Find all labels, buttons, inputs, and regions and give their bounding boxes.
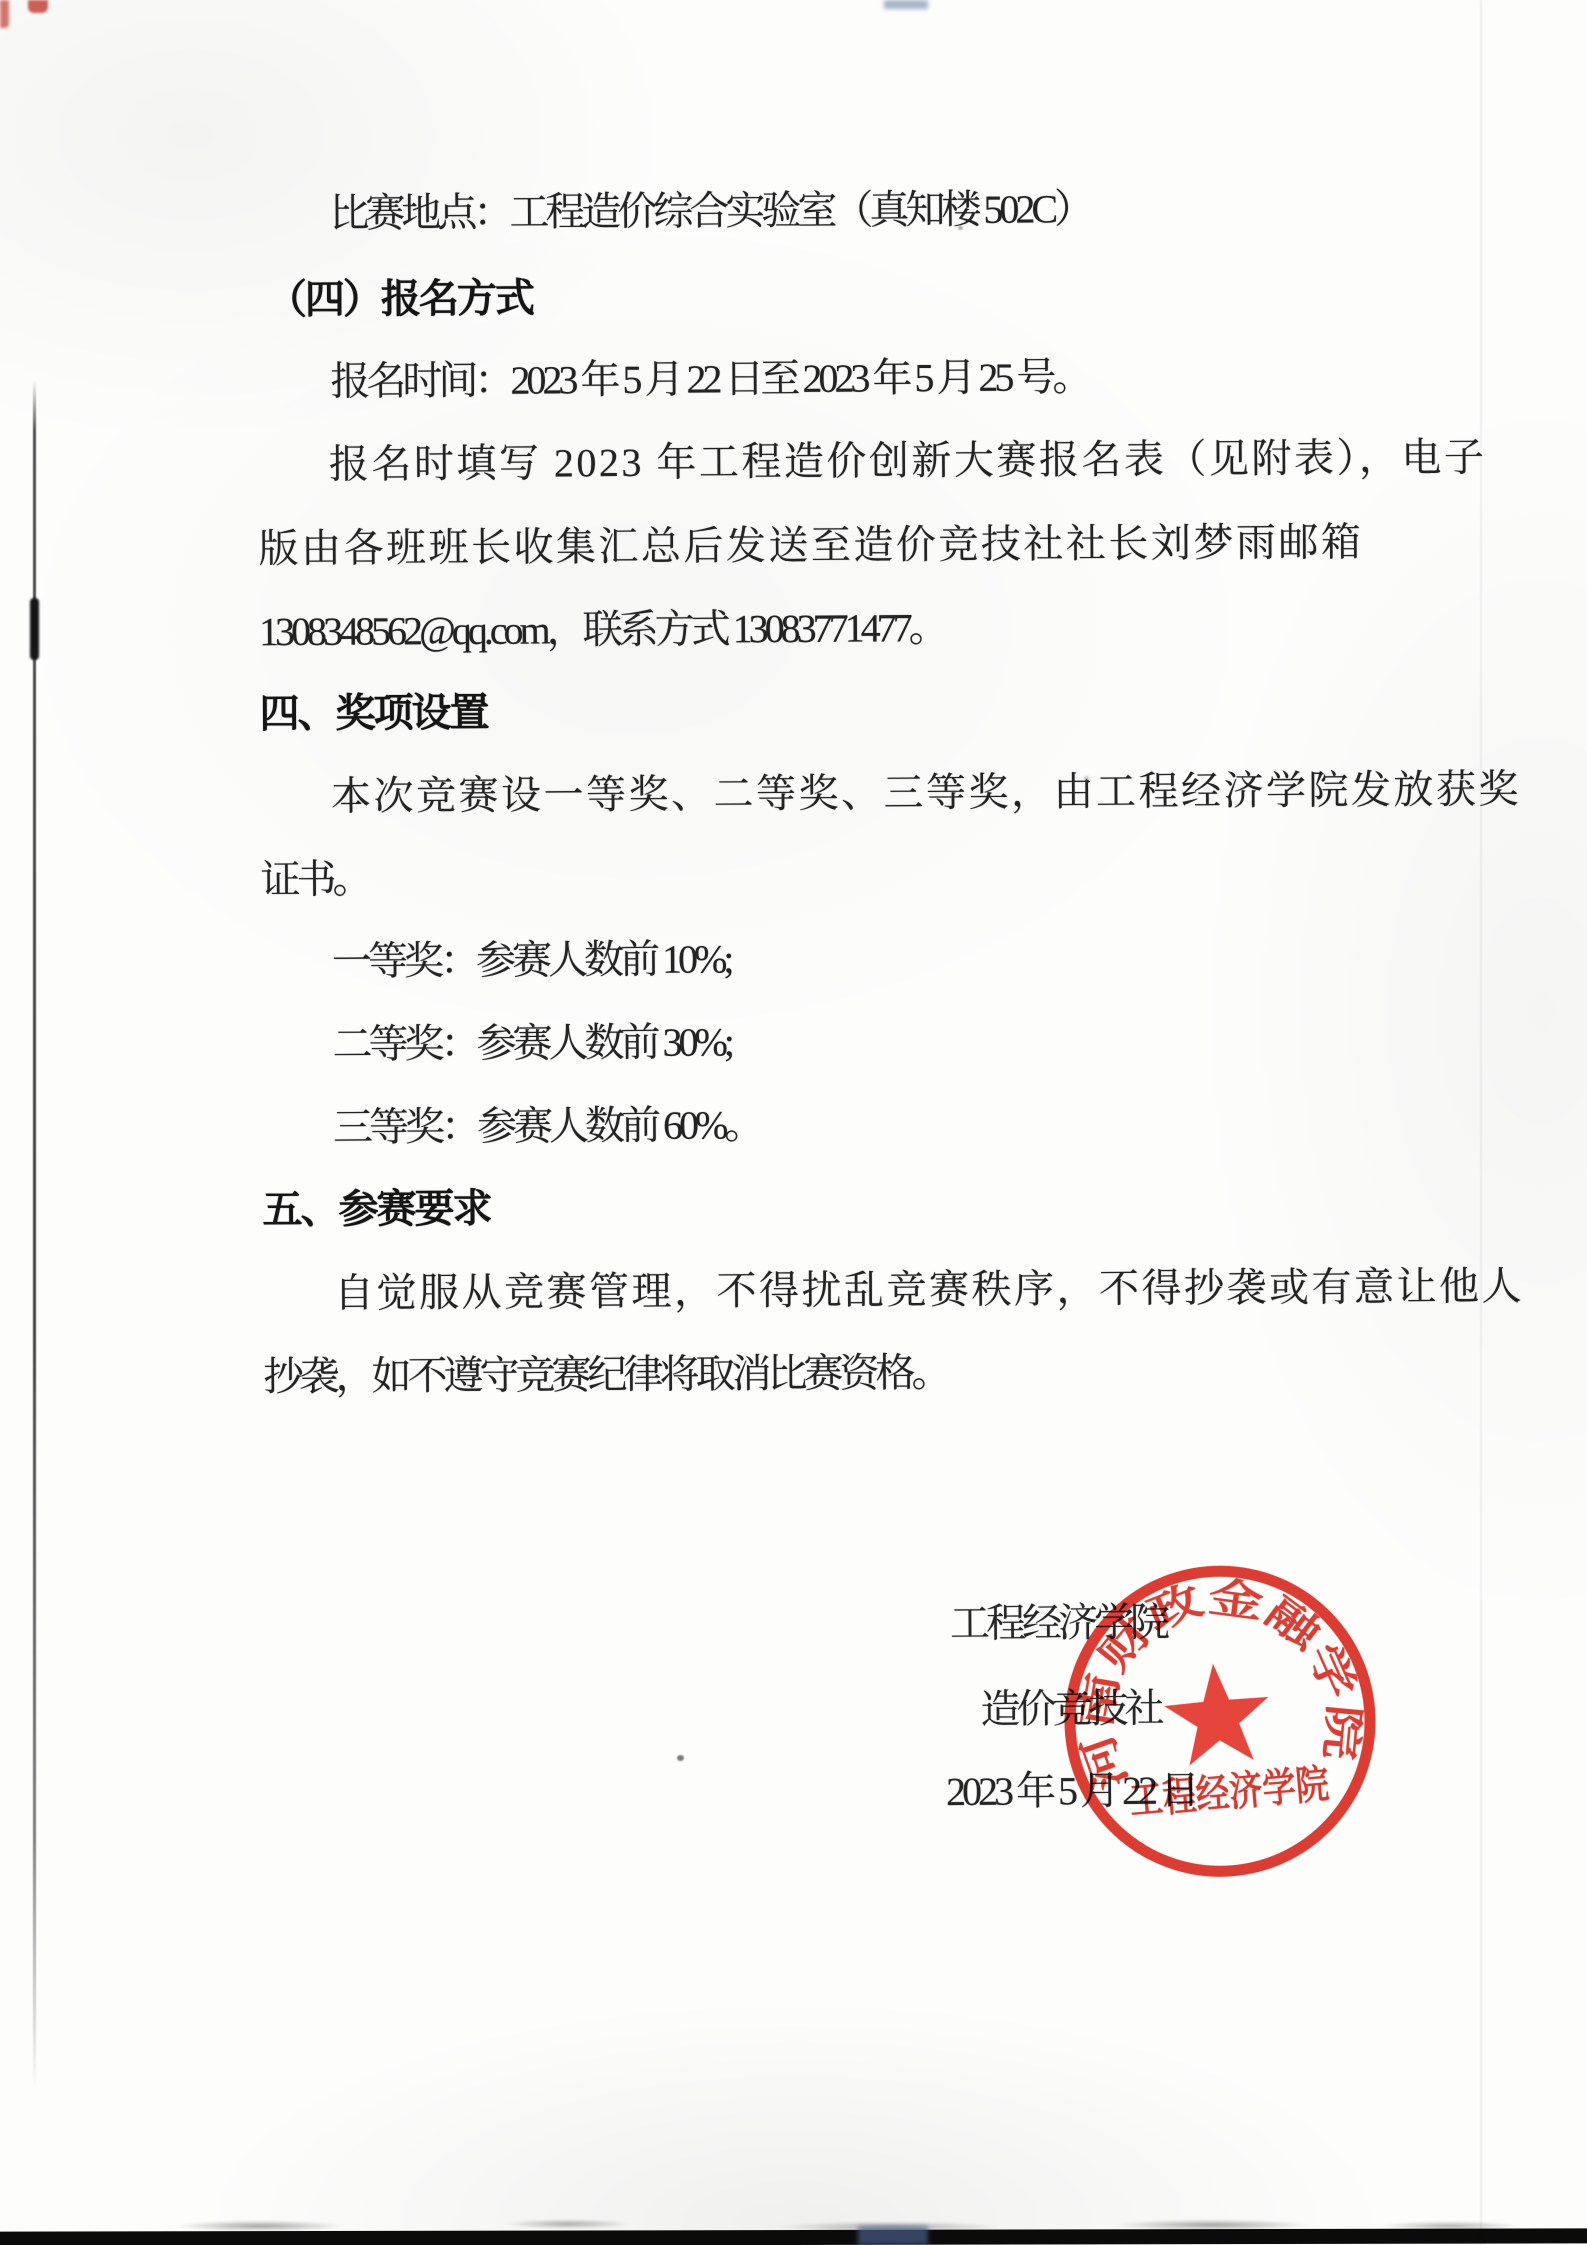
document-text-layer: 比赛地点：工程造价综合实验室（真知楼 502C） （四）报名方式 报名时间：20…	[0, 0, 1587, 2245]
doc-line: 抄袭，如不遵守竞赛纪律将取消比赛资格。	[263, 1349, 947, 1401]
doc-line-award-third: 三等奖：参赛人数前 60%。	[333, 1101, 761, 1152]
doc-line: 比赛地点：工程造价综合实验室（真知楼 502C）	[329, 185, 1090, 238]
scanned-document-page: 比赛地点：工程造价综合实验室（真知楼 502C） （四）报名方式 报名时间：20…	[0, 0, 1587, 2245]
doc-line-email: 1308348562@qq.com，联系方式 13083771477。	[259, 604, 945, 656]
official-red-seal-stamp: 河南财政金融学院 工程经济学院	[1044, 1542, 1402, 1900]
seal-star-icon	[1161, 1659, 1274, 1767]
doc-line: 版由各班班长收集汇总后发送至造价竞技社社长刘梦雨邮箱	[258, 519, 1363, 574]
doc-line: 自觉服从竞赛管理，不得扰乱竞赛秩序，不得抄袭或有意让他人	[334, 1263, 1524, 1318]
section-heading: 四、奖项设置	[259, 689, 487, 738]
doc-line: 本次竞赛设一等奖、二等奖、三等奖，由工程经济学院发放获奖	[331, 766, 1521, 821]
section-heading: （四）报名方式	[267, 275, 533, 325]
doc-line: 报名时间：2023 年 5 月 22 日至 2023 年 5 月 25 号。	[330, 353, 1088, 406]
doc-line-award-first: 一等奖：参赛人数前 10%;	[332, 935, 731, 985]
section-heading: 五、参赛要求	[262, 1185, 490, 1234]
doc-line: 报名时填写 2023 年工程造价创新大赛报名表（见附表），电子	[329, 434, 1487, 489]
doc-line-award-second: 二等奖：参赛人数前 30%;	[332, 1018, 731, 1068]
seal-bottom-text: 工程经济学院	[1128, 1762, 1331, 1823]
doc-line: 证书。	[260, 856, 368, 905]
